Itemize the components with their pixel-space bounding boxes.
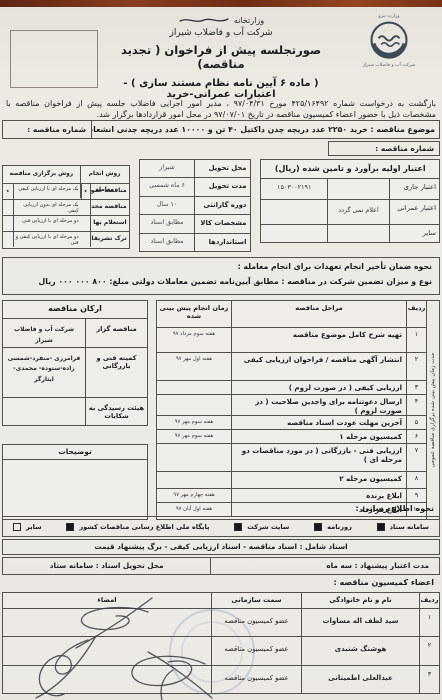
- stage-row: ۳ ارزیابی کیفی ( در صورت لزوم ): [157, 380, 426, 394]
- tender-style-label: یک مرحله ای با ارزیابی کیفی: [13, 184, 81, 199]
- credit-rows: اعتبار جاری ۱۵۰۳۰۰۲۱۹۱ اعتبار عمرانی اعل…: [261, 179, 439, 242]
- member-row-number: ۱: [419, 609, 439, 636]
- stage-row-time: [157, 472, 231, 488]
- delivery-row-value: شیراز: [140, 160, 195, 177]
- announce-option-label: روزنامه: [327, 523, 352, 531]
- middle-tables: اعتبار اولیه برآورد و تامین شده (ریال) ا…: [2, 159, 440, 252]
- deal-method-label: مناقصه عمومی: [90, 184, 129, 199]
- delivery-row: استانداردها مطابق اسناد: [140, 233, 251, 251]
- validity-row: مدت اعتبار پیشنهاد : سه ماه محل تحویل اس…: [2, 557, 440, 575]
- announce-option-label: پایگاه ملی اطلاع رسانی مناقصات کشور: [79, 523, 209, 531]
- announce-option-label: سامانه ستاد: [390, 523, 429, 531]
- water-waves-logo-icon: [367, 20, 411, 62]
- stage-row-title: آخرین مهلت عودت اسناد مناقصه: [231, 416, 406, 429]
- form-subtitle: ( ماده ۶ آیین نامه نظام مستند سازی ) - ا…: [104, 78, 338, 100]
- announce-option: پایگاه ملی اطلاع رسانی مناقصات کشور: [66, 523, 209, 531]
- announce-option-label: سایت شرکت: [247, 523, 289, 531]
- member-row: ۱ سید لطف اله‌ مساوات عضو کمیسیون مناقصه: [3, 608, 439, 636]
- stage-row-number: ۱: [406, 328, 426, 352]
- method-table-headers: روش انجام معامله روش برگزاری مناقصه: [3, 166, 129, 183]
- left-column: ارکان مناقصه مناقصه گزار شرکت آب و فاضلا…: [2, 300, 148, 520]
- tender-style-label: دو مرحله ای با ارزیابی فنی: [13, 216, 81, 231]
- stages-header-row: ردیف مراحل مناقصه زمان انجام پیش بینی شد…: [157, 301, 426, 327]
- member-row-number: ۲: [419, 637, 439, 664]
- member-role: عضو کمیسیون مناقصه: [211, 666, 301, 693]
- deal-method-label: ترک تشریفات: [90, 232, 129, 247]
- delivery-table: محل تحویل شیراز مدت تحویل ۶ ماه شمسی دور…: [139, 159, 252, 252]
- method-row: مناقصه عمومی ٭ یک مرحله ای با ارزیابی کی…: [3, 183, 129, 199]
- member-signature-cell: [3, 609, 211, 636]
- stage-row: ۷ ارزیابی فنی - بازرگانی ( در مورد مناقص…: [157, 443, 426, 471]
- tender-style-label: یک مرحله ای بدون ارزیابی کیفی: [13, 200, 81, 215]
- stage-row-time: [157, 381, 231, 394]
- stage-row-title: کمیسیون مرحله ۲: [231, 472, 406, 488]
- company-logo: وزارت نیرو شرکت آب و فاضلاب شیراز: [350, 14, 428, 68]
- delivery-row-label: مدت تحویل: [194, 178, 250, 195]
- member-name: سید لطف اله‌ مساوات: [301, 609, 419, 636]
- stage-row-time: هفته اول مهر ۹۷: [157, 353, 231, 380]
- delivery-row: مدت تحویل ۶ ماه شمسی: [140, 177, 251, 195]
- tender-style-label: دو مرحله ای با ارزیابی کیفی و فنی: [13, 232, 81, 247]
- stages-table: مدت زمان پیش بینی شده برگزاری مناقصه عمو…: [156, 300, 440, 520]
- member-row: ۲ هوشنگ شنبدی عضو کمیسیون مناقصه: [3, 636, 439, 664]
- tender-subject: موضوع مناقصه : خرید ۲۲۵۰ عدد دریچه چدن د…: [91, 121, 439, 138]
- stage-row-time: [157, 395, 231, 415]
- organ-row-label: هیئت رسیدگی به شکایات: [85, 398, 147, 425]
- member-signature-cell: [3, 637, 211, 664]
- stages-header-stage: مراحل مناقصه: [231, 301, 406, 327]
- credit-table-header: اعتبار اولیه برآورد و تامین شده (ریال): [261, 160, 439, 179]
- organs-table: ارکان مناقصه مناقصه گزار شرکت آب و فاضلا…: [2, 300, 148, 426]
- delivery-row-label: دوره گارانتی: [194, 197, 250, 214]
- organs-rows: مناقصه گزار شرکت آب و فاضلاب شیراز کمیته…: [3, 318, 147, 425]
- stage-row-number: ۹: [406, 489, 426, 502]
- stage-row-number: ۷: [406, 444, 426, 471]
- company-name: شرکت آب و فاضلاب شیراز: [104, 28, 338, 38]
- members-header-role: سمت سازمانی: [211, 593, 301, 608]
- main-band: مدت زمان پیش بینی شده برگزاری مناقصه عمو…: [2, 300, 440, 520]
- members-table: ردیف نام و نام خانوادگی سمت سازمانی امضا…: [2, 592, 440, 694]
- stage-row-time: هفته چهارم مهر ۹۷: [157, 489, 231, 502]
- member-name: هوشنگ شنبدی: [301, 637, 419, 664]
- notes-box: توضیحات: [2, 444, 148, 520]
- intro-paragraph: بازگشت به درخواست شماره ۴۲۵/۱۶۴۹۲ مورخ ۹…: [6, 99, 436, 120]
- credit-row-note: [327, 179, 389, 199]
- docs-delivery-place: محل تحویل اسناد : سامانه ستاد: [3, 558, 210, 574]
- stage-row-title: ارزیابی کیفی ( در صورت لزوم ): [231, 381, 406, 394]
- stage-row: ۹ ابلاغ برنده هفته چهارم مهر ۹۷: [157, 488, 426, 502]
- organ-row: کمیته فنی و بازرگانی فرامرزی -منفرد-شمسی…: [3, 347, 147, 397]
- delivery-row-value: ۱۰ سال: [140, 197, 195, 214]
- method-rows: مناقصه عمومی ٭ یک مرحله ای با ارزیابی کی…: [3, 183, 129, 247]
- stage-row: ۵ آخرین مهلت عودت اسناد مناقصه هفته سوم …: [157, 415, 426, 429]
- delivery-row-label: استانداردها: [194, 234, 250, 251]
- organ-row-label: مناقصه گزار: [85, 319, 147, 347]
- ministry-label: وزارتخانه: [234, 16, 264, 25]
- stage-row-time: [157, 444, 231, 471]
- header-center: وزارتخانه شرکت آب و فاضلاب شیراز صورتجلس…: [104, 14, 338, 100]
- stage-row-number: ۶: [406, 430, 426, 443]
- organ-row-value: فرامرزی -منفرد-شمسی زاده-ستوده- محمدی- ا…: [3, 348, 85, 397]
- stage-row-number: ۵: [406, 416, 426, 429]
- checkbox-icon: [66, 523, 74, 531]
- delivery-row: مشخصات کالا مطابق اسناد: [140, 214, 251, 232]
- stage-row-number: ۴: [406, 395, 426, 415]
- tender-style-checkmark: ٭: [3, 184, 13, 199]
- stage-row-number: ۸: [406, 472, 426, 488]
- letter-meta-box: [10, 30, 98, 88]
- delivery-row: محل تحویل شیراز: [140, 160, 251, 177]
- members-header-sign: امضاء: [3, 593, 211, 608]
- stages-side-label: مدت زمان پیش بینی شده برگزاری مناقصه عمو…: [430, 353, 436, 467]
- credit-row: اعتبار جاری ۱۵۰۳۰۰۲۱۹۱: [261, 179, 439, 199]
- credit-row-note: اعلام نمی گردد: [327, 200, 389, 224]
- stage-row-title: انتشار آگهی مناقصه / فراخوان ارزیابی کیف…: [231, 353, 406, 380]
- member-row: ۳ عبدالعلی اطمینانی عضو کمیسیون مناقصه: [3, 665, 439, 693]
- member-signature-cell: [3, 666, 211, 693]
- members-header-no: ردیف: [419, 593, 439, 608]
- checkbox-icon: [234, 523, 242, 531]
- credit-table: اعتبار اولیه برآورد و تامین شده (ریال) ا…: [260, 159, 440, 243]
- stage-row-time: هفته سوم مهر ۹۷: [157, 430, 231, 443]
- credit-row-label: سایر: [389, 225, 439, 242]
- deal-method-checkmark: ٭: [81, 184, 90, 199]
- notes-box-header: توضیحات: [3, 445, 147, 460]
- member-name: عبدالعلی اطمینانی: [301, 666, 419, 693]
- credit-row-label: اعتبار جاری: [389, 179, 439, 199]
- stage-row-number: ۲: [406, 353, 426, 380]
- method-table: روش انجام معامله روش برگزاری مناقصه مناق…: [2, 165, 130, 249]
- stages-header-time: زمان انجام پیش بینی شده: [157, 301, 231, 327]
- handwritten-scribble: [178, 16, 230, 25]
- stages-rows: ۱ تهیه شرح کامل موضوع مناقصه هفته سوم مر…: [157, 327, 426, 516]
- stage-row: ۲ انتشار آگهی مناقصه / فراخوان ارزیابی ک…: [157, 352, 426, 380]
- stage-row-time: هفته سوم مهر ۹۷: [157, 416, 231, 429]
- checkbox-icon: [13, 523, 21, 531]
- method-row: مناقصه محدود ٭ یک مرحله ای بدون ارزیابی …: [3, 199, 129, 215]
- stage-row-title: تهیه شرح کامل موضوع مناقصه: [231, 328, 406, 352]
- credit-row: سایر: [261, 224, 439, 242]
- documents-row: اسناد شامل : اسناد مناقصه - اسناد ارزیاب…: [2, 539, 440, 555]
- stages-table-main: ردیف مراحل مناقصه زمان انجام پیش بینی شد…: [156, 300, 426, 520]
- delivery-row-label: محل تحویل: [194, 160, 250, 177]
- announce-option-label: سایر: [26, 523, 42, 531]
- delivery-row-label: مشخصات کالا: [194, 215, 250, 232]
- announce-option: سایر: [13, 523, 42, 531]
- organs-table-header: ارکان مناقصه: [3, 301, 147, 318]
- stage-row: ۴ ارسال دعوتنامه برای واجدین صلاحیت ( در…: [157, 394, 426, 415]
- delivery-row-value: مطابق اسناد: [140, 234, 195, 251]
- organ-row-value: شرکت آب و فاضلاب شیراز: [3, 319, 85, 347]
- delivery-row-value: مطابق اسناد: [140, 215, 195, 232]
- ministry-field: وزارتخانه: [104, 14, 338, 26]
- stage-row-title: ارسال دعوتنامه برای واجدین صلاحیت ( در ص…: [231, 395, 406, 415]
- guarantee-line1: نحوه ضمان تأخیر انجام تعهدات برای انجام …: [10, 262, 432, 271]
- tender-number-label: شماره مناقصه :: [3, 121, 91, 138]
- deal-method-label: استعلام بها: [90, 216, 129, 231]
- method-row: ترک تشریفات ٭ دو مرحله ای با ارزیابی کیف…: [3, 231, 129, 247]
- announce-label: نحوه اطلاع رسانی :: [356, 504, 434, 513]
- credit-row-note: [327, 225, 389, 242]
- logo-bottom-text: شرکت آب و فاضلاب شیراز: [350, 63, 428, 68]
- subject-row: موضوع مناقصه : خرید ۲۲۵۰ عدد دریچه چدن د…: [2, 120, 440, 139]
- delivery-row: دوره گارانتی ۱۰ سال: [140, 196, 251, 214]
- scanned-tender-form: وزارت نیرو شرکت آب و فاضلاب شیراز وزارتخ…: [0, 0, 442, 700]
- stage-row-time: هفته اول آبان ۹۷: [157, 503, 231, 516]
- guarantee-box: نحوه ضمان تأخیر انجام تعهدات برای انجام …: [2, 257, 440, 295]
- stage-row-title: ابلاغ برنده: [231, 489, 406, 502]
- stage-row-number: ۳: [406, 381, 426, 394]
- checkbox-icon: [314, 523, 322, 531]
- stage-row-time: هفته سوم مرداد ۹۷: [157, 328, 231, 352]
- credit-row-amount: [261, 200, 327, 224]
- announce-option: سامانه ستاد: [377, 523, 429, 531]
- credit-row-label: اعتبار عمرانی: [389, 200, 439, 224]
- organ-row: هیئت رسیدگی به شکایات: [3, 397, 147, 425]
- scan-edge-bar: [0, 0, 442, 7]
- stage-row-title: کمیسیون مرحله ۱: [231, 430, 406, 443]
- credit-row: اعتبار عمرانی اعلام نمی گردد: [261, 199, 439, 224]
- stages-header-no: ردیف: [406, 301, 426, 327]
- deal-method-label: مناقصه محدود: [90, 200, 129, 215]
- stage-row-title: ارزیابی فنی - بازرگانی ( در مورد مناقصات…: [231, 444, 406, 471]
- stage-row: ۶ کمیسیون مرحله ۱ هفته سوم مهر ۹۷: [157, 429, 426, 443]
- guarantee-line2: نوع و میزان تضمین شرکت در مناقصه : مطابق…: [10, 277, 432, 286]
- members-header-name: نام و نام خانوادگی: [301, 593, 419, 608]
- announce-option: روزنامه: [314, 523, 352, 531]
- member-role: عضو کمیسیون مناقصه: [211, 637, 301, 664]
- members-label: اعضاء کمیسیون مناقصه :: [334, 578, 434, 587]
- organ-row: مناقصه گزار شرکت آب و فاضلاب شیراز: [3, 318, 147, 347]
- form-title: صورتجلسه پیش از فراخوان ( تجدید مناقصه): [104, 43, 338, 71]
- stage-row: ۱ تهیه شرح کامل موضوع مناقصه هفته سوم مر…: [157, 327, 426, 352]
- announce-option: سایت شرکت: [234, 523, 289, 531]
- member-role: عضو کمیسیون مناقصه: [211, 609, 301, 636]
- checkbox-icon: [377, 523, 385, 531]
- tender-number-box: شماره مناقصه :: [328, 141, 440, 156]
- method-row: استعلام بها ٭ دو مرحله ای با ارزیابی فنی…: [3, 215, 129, 231]
- organ-row-label: کمیته فنی و بازرگانی: [85, 348, 147, 397]
- delivery-row-value: ۶ ماه شمسی: [140, 178, 195, 195]
- announce-options-row: سامانه ستاد روزنامه سایت شرکت پایگاه ملی…: [2, 516, 440, 537]
- credit-row-amount: ۱۵۰۳۰۰۲۱۹۱: [261, 179, 327, 199]
- logo-top-text: وزارت نیرو: [350, 14, 428, 19]
- members-rows: ۱ سید لطف اله‌ مساوات عضو کمیسیون مناقصه…: [3, 608, 439, 693]
- stages-side-strip: مدت زمان پیش بینی شده برگزاری مناقصه عمو…: [426, 300, 440, 520]
- organ-row-value: [3, 398, 85, 425]
- member-row-number: ۳: [419, 666, 439, 693]
- credit-row-amount: [261, 225, 327, 242]
- stage-row: ۸ کمیسیون مرحله ۲: [157, 471, 426, 488]
- members-header-row: ردیف نام و نام خانوادگی سمت سازمانی امضا…: [3, 593, 439, 608]
- offer-validity: مدت اعتبار پیشنهاد : سه ماه: [210, 558, 439, 574]
